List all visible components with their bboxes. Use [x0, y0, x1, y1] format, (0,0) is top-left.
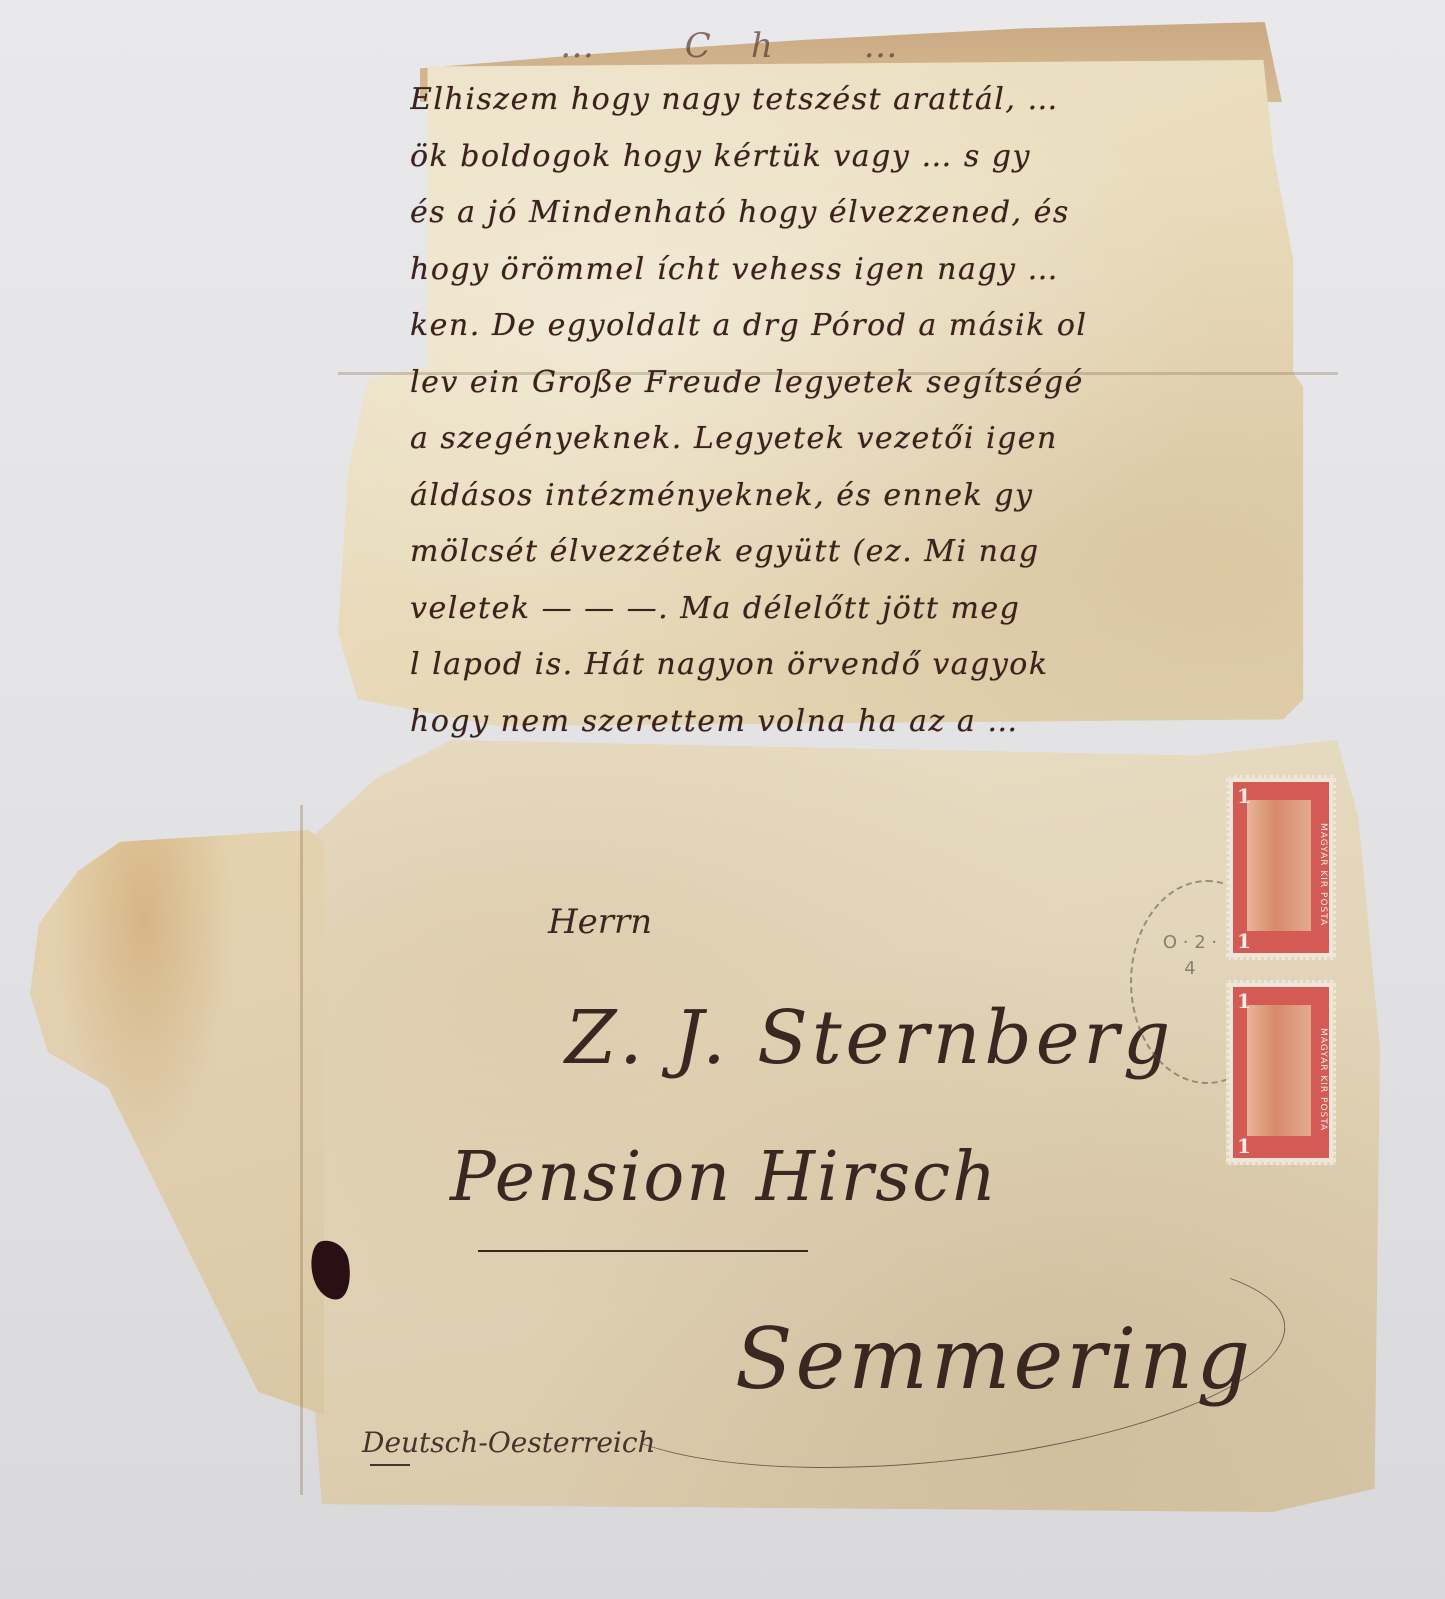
stamp-parliament-image	[1247, 1005, 1311, 1136]
address-line2: Pension Hirsch	[450, 1138, 998, 1217]
letter-line: lev ein Große Freude legyetek segítségé	[410, 355, 1315, 412]
envelope-flap	[24, 830, 324, 1415]
letter-back-sheet-ink: … Ch …	[560, 26, 1140, 66]
stamp-value: 1	[1237, 989, 1251, 1013]
stamp-frame: 1 1 MAGYAR KIR POSTA	[1233, 987, 1329, 1158]
letter-line: Elhiszem hogy nagy tetszést arattál, …	[410, 72, 1315, 129]
address-name: Z. J. Sternberg	[565, 995, 1174, 1081]
postage-stamp: 1 1 MAGYAR KIR POSTA	[1226, 775, 1336, 960]
letter-line: áldásos intézményeknek, és ennek gy	[410, 468, 1315, 525]
letter-line: veletek — — —. Ma délelőtt jött meg	[410, 581, 1315, 638]
address-country: Deutsch-Oesterreich	[362, 1426, 656, 1459]
stamp-value: 1	[1237, 784, 1251, 808]
stamp-value: 1	[1237, 1134, 1251, 1158]
letter-text: Elhiszem hogy nagy tetszést arattál, … ö…	[410, 72, 1315, 750]
letter-line: ök boldogok hogy kértük vagy … s gy	[410, 129, 1315, 186]
stamp-frame: 1 1 MAGYAR KIR POSTA	[1233, 782, 1329, 953]
address-salutation: Herrn	[548, 902, 652, 942]
letter-line: hogy örömmel ícht vehess igen nagy …	[410, 242, 1315, 299]
letter-line: l lapod is. Hát nagyon örvendő vagyok	[410, 637, 1315, 694]
address-underline	[478, 1250, 808, 1252]
letter-line: és a jó Mindenható hogy élvezzened, és	[410, 185, 1315, 242]
letter-line: mölcsét élvezzétek együtt (ez. Mi nag	[410, 524, 1315, 581]
stamp-value: 1	[1237, 929, 1251, 953]
letter-line: ken. De egyoldalt a drg Pórod a másik ol	[410, 298, 1315, 355]
letter-line: hogy nem szerettem volna ha az a …	[410, 694, 1315, 751]
postage-stamp: 1 1 MAGYAR KIR POSTA	[1226, 980, 1336, 1165]
stamp-parliament-image	[1247, 800, 1311, 931]
photo-scene: … Ch … Elhiszem hogy nagy tetszést aratt…	[0, 0, 1445, 1599]
postmark-text: O · 2 · 4	[1160, 930, 1220, 982]
letter-line: a szegényeknek. Legyetek vezetői igen	[410, 411, 1315, 468]
stamp-inscription: MAGYAR KIR POSTA	[1312, 812, 1328, 937]
envelope-flap-crease	[300, 805, 303, 1495]
address-country-underline	[370, 1464, 410, 1466]
stamp-inscription: MAGYAR KIR POSTA	[1312, 1017, 1328, 1142]
address-city: Semmering	[735, 1310, 1253, 1408]
